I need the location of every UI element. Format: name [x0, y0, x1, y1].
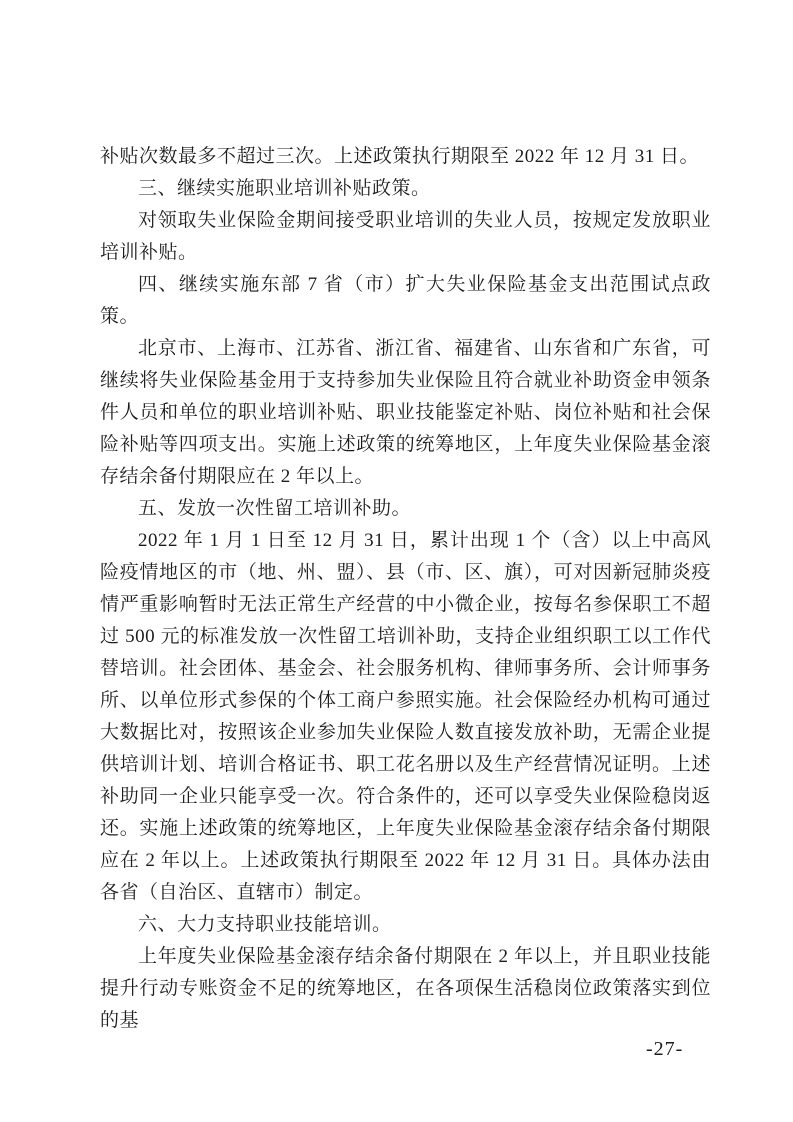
page-number: -27-: [646, 1036, 683, 1062]
section-heading-6: 六、大力支持职业技能培训。: [100, 909, 711, 941]
section-heading-4: 四、继续实施东部 7 省（市）扩大失业保险基金支出范围试点政策。: [100, 269, 711, 333]
paragraph: 2022 年 1 月 1 日至 12 月 31 日，累计出现 1 个（含）以上中…: [100, 525, 711, 909]
document-page: 补贴次数最多不超过三次。上述政策执行期限至 2022 年 12 月 31 日。 …: [0, 0, 793, 1122]
paragraph: 上年度失业保险基金滚存结余备付期限在 2 年以上，并且职业技能提升行动专账资金不…: [100, 941, 711, 1037]
paragraph: 北京市、上海市、江苏省、浙江省、福建省、山东省和广东省，可继续将失业保险基金用于…: [100, 333, 711, 493]
paragraph-continuation: 补贴次数最多不超过三次。上述政策执行期限至 2022 年 12 月 31 日。: [100, 141, 711, 173]
section-heading-5: 五、发放一次性留工培训补助。: [100, 493, 711, 525]
section-heading-3: 三、继续实施职业培训补贴政策。: [100, 173, 711, 205]
document-body: 补贴次数最多不超过三次。上述政策执行期限至 2022 年 12 月 31 日。 …: [100, 141, 711, 1037]
paragraph: 对领取失业保险金期间接受职业培训的失业人员，按规定发放职业培训补贴。: [100, 205, 711, 269]
